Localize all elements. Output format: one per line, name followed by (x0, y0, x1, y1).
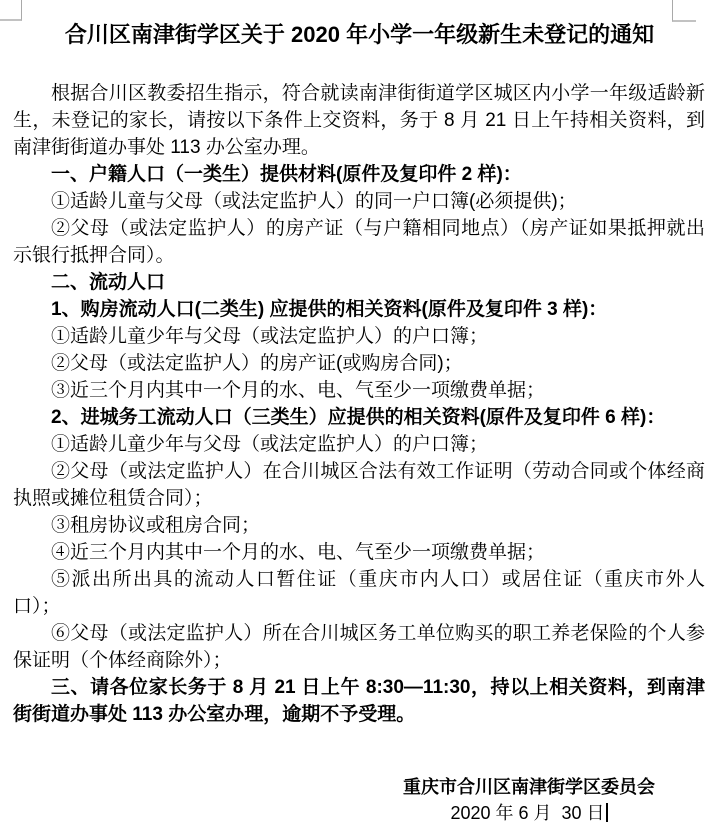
margin-corner-mark-top-right (672, 0, 696, 22)
paragraph[interactable]: ④近三个月内其中一个月的水、电、气至少一项缴费单据； (13, 539, 705, 566)
paragraph[interactable]: ①适龄儿童少年与父母（或法定监护人）的户口簿； (13, 323, 705, 350)
signature-organization[interactable]: 重庆市合川区南津街学区委员会 (403, 774, 655, 800)
document-title[interactable]: 合川区南津街学区关于 2020 年小学一年级新生未登记的通知 (0, 0, 719, 49)
signature-block[interactable]: 重庆市合川区南津街学区委员会 2020 年 6 月 30 日 (403, 774, 655, 826)
text-cursor (606, 803, 608, 822)
margin-corner-mark-top-left (0, 0, 22, 21)
paragraph[interactable]: ②父母（或法定监护人）的房产证（与户籍相同地点）（房产证如果抵押就出示银行抵押合… (13, 215, 705, 269)
paragraph[interactable]: ③租房协议或租房合同； (13, 512, 705, 539)
paragraph[interactable]: 1、购房流动人口(二类生) 应提供的相关资料(原件及复印件 3 样)： (13, 296, 705, 323)
paragraph[interactable]: 三、请各位家长务于 8 月 21 日上午 8:30—11:30，持以上相关资料，… (13, 674, 705, 728)
paragraph[interactable]: ②父母（或法定监护人）的房产证(或购房合同)； (13, 350, 705, 377)
paragraph[interactable]: ①适龄儿童少年与父母（或法定监护人）的户口簿； (13, 431, 705, 458)
paragraph[interactable]: 2、进城务工流动人口（三类生）应提供的相关资料(原件及复印件 6 样)： (13, 404, 705, 431)
paragraph[interactable]: ⑥父母（或法定监护人）所在合川城区务工单位购买的职工养老保险的个人参保证明（个体… (13, 620, 705, 674)
signature-date-line[interactable]: 2020 年 6 月 30 日 (403, 800, 655, 826)
paragraph[interactable]: ⑤派出所出具的流动人口暂住证（重庆市内人口）或居住证（重庆市外人口）； (13, 566, 705, 620)
paragraph[interactable]: ②父母（或法定监护人）在合川城区合法有效工作证明（劳动合同或个体经商执照或摊位租… (13, 458, 705, 512)
paragraph[interactable]: ③近三个月内其中一个月的水、电、气至少一项缴费单据； (13, 377, 705, 404)
document-body[interactable]: 根据合川区教委招生指示，符合就读南津街街道学区城区内小学一年级适龄新生，未登记的… (0, 49, 719, 728)
signature-date[interactable]: 2020 年 6 月 30 日 (450, 803, 604, 823)
document-page[interactable]: 合川区南津街学区关于 2020 年小学一年级新生未登记的通知 根据合川区教委招生… (0, 0, 719, 837)
paragraph[interactable]: ①适龄儿童与父母（或法定监护人）的同一户口簿(必须提供)； (13, 188, 705, 215)
paragraph[interactable]: 二、流动人口 (13, 269, 705, 296)
paragraph[interactable]: 一、户籍人口（一类生）提供材料(原件及复印件 2 样)： (13, 161, 705, 188)
paragraph[interactable]: 根据合川区教委招生指示，符合就读南津街街道学区城区内小学一年级适龄新生，未登记的… (13, 80, 705, 161)
